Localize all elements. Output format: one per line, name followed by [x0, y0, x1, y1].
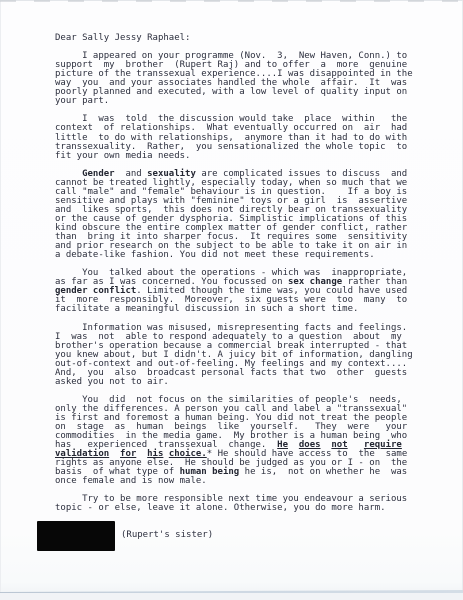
letter-page: Dear Sally Jessy Raphael: I appeared on … [0, 0, 463, 600]
text-segment: asked you not to air. [55, 377, 169, 387]
letter-line: facilitate a meaningful discussion in su… [55, 305, 420, 314]
paragraph: You did not focus on the similarities of… [55, 396, 420, 486]
text-segment: once female and is now male. [55, 476, 207, 486]
scan-background-strip [0, 593, 463, 600]
letter-line: a debate-like fashion. You did not meet … [55, 251, 420, 260]
letter-body: Dear Sally Jessy Raphael: I appeared on … [55, 34, 420, 551]
text-segment: topic - or else, leave it alone. Otherwi… [55, 503, 386, 513]
text-segment: a debate-like fashion. You did not meet … [55, 250, 375, 260]
letter-paragraphs: I appeared on your programme (Nov. 3, Ne… [55, 52, 420, 513]
paragraph: You talked about the operations - which … [55, 269, 420, 314]
letter-line: once female and is now male. [55, 477, 420, 486]
letter-line: your part. [55, 97, 420, 106]
letter-line: topic - or else, leave it alone. Otherwi… [55, 504, 420, 513]
redaction-box [37, 521, 115, 551]
letter-line: poorly planned and executed, with a low … [55, 88, 420, 97]
paragraph: I appeared on your programme (Nov. 3, Ne… [55, 52, 420, 106]
text-segment: fit your own media needs. [55, 151, 190, 161]
text-segment: facilitate a meaningful discussion in su… [55, 304, 358, 314]
letter-line: asked you not to air. [55, 378, 420, 387]
letter-line: fit your own media needs. [55, 152, 420, 161]
signature-note: (Rupert's sister) [121, 531, 213, 540]
paragraph: Try to be more responsible next time you… [55, 495, 420, 513]
text-segment: your part. [55, 96, 109, 106]
scan-artifact-top-edge [0, 0, 463, 2]
salutation-line: Dear Sally Jessy Raphael: [55, 34, 420, 43]
paragraph: Information was misused, misrepresenting… [55, 324, 420, 387]
scanned-letter-screenshot: Dear Sally Jessy Raphael: I appeared on … [0, 0, 463, 600]
paragraph: Gender and sexuality are complicated iss… [55, 170, 420, 260]
paragraph: I was told the discussion would take pla… [55, 115, 420, 160]
signature-row: (Rupert's sister) [37, 521, 420, 551]
text-segment: he is, not on whether he was [239, 467, 407, 477]
